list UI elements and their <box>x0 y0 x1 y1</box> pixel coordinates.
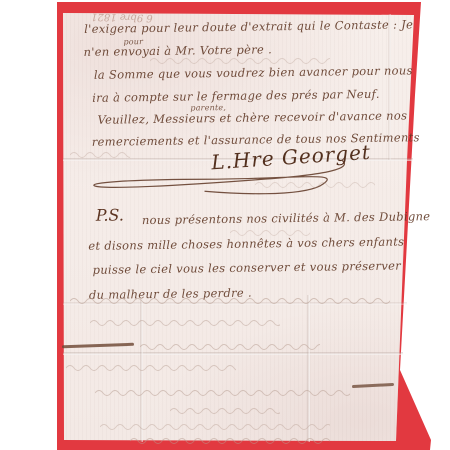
bleedthrough-line <box>130 436 330 445</box>
letter-line: remerciements et l'assurance de tous nos… <box>92 130 420 149</box>
bleedthrough-line <box>140 342 320 351</box>
letter-line: la Somme que vous voudrez bien avancer p… <box>94 63 413 81</box>
letter-photo: 6 9bre 1821 l'exigera pour leur doute d'… <box>0 0 450 450</box>
bleedthrough-line <box>90 318 280 327</box>
postscript-label: P.S. <box>96 205 124 224</box>
bleedthrough-line <box>70 150 130 159</box>
postscript-line: nous présentons nos civilités à M. des D… <box>142 209 431 227</box>
bleedthrough-line <box>255 180 375 189</box>
letter-line: ira à compte sur le fermage des prés par… <box>92 87 380 105</box>
bleedthrough-line <box>170 406 280 415</box>
bleedthrough-line <box>230 228 310 237</box>
bleedthrough-line <box>66 363 236 372</box>
bleedthrough-line <box>150 56 330 65</box>
letter-line: Veuillez, Messieurs et chère recevoir d'… <box>97 108 407 126</box>
postscript-line: puisse le ciel vous les conserver et vou… <box>93 259 402 277</box>
bleedthrough-line <box>95 388 350 397</box>
bleedthrough-line <box>70 296 390 305</box>
bleedthrough-line <box>100 422 330 431</box>
postscript-line: et disons mille choses honnêtes à vos ch… <box>88 234 404 252</box>
